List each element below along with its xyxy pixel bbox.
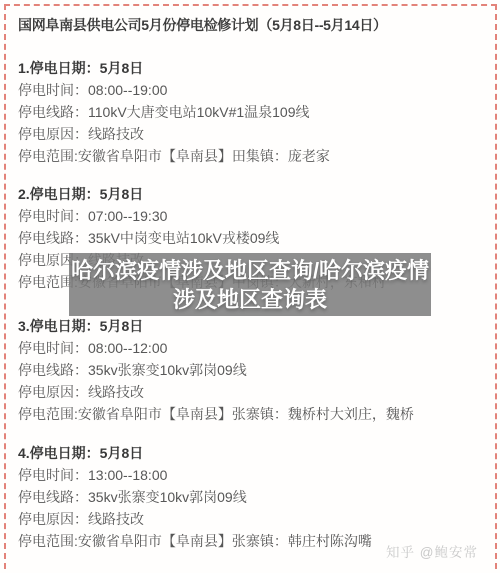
outage-time-row: 停电时间：08:00--19:00: [18, 79, 473, 101]
outage-time-row: 停电时间：08:00--12:00: [18, 337, 473, 359]
outage-line-row: 停电线路：35kv张寨变10kv郭岗09线: [18, 359, 473, 381]
outage-time-row: 停电时间：13:00--18:00: [18, 464, 473, 486]
outage-line-row: 停电线路：35kv张寨变10kv郭岗09线: [18, 486, 473, 508]
outage-date-header: 2.停电日期：5月8日: [18, 183, 473, 205]
epidemic-query-overlay-banner: 哈尔滨疫情涉及地区查询/哈尔滨疫情涉及地区查询表: [69, 253, 431, 316]
zhihu-watermark: 知乎 @鲍安常: [386, 541, 478, 561]
outage-reason-row: 停电原因：线路技改: [18, 381, 473, 403]
page-title: 国网阜南县供电公司5月份停电检修计划（5月8日--5月14日）: [18, 15, 473, 35]
outage-date-header: 3.停电日期：5月8日: [18, 315, 473, 337]
outage-range-row: 停电范围:安徽省阜阳市【阜南县】田集镇：庞老家: [18, 145, 473, 167]
outage-range-row: 停电范围:安徽省阜阳市【阜南县】张寨镇：魏桥村大刘庄，魏桥: [18, 403, 473, 425]
outage-line-row: 停电线路：35kV中岗变电站10kV戎楼09线: [18, 227, 473, 249]
outage-time-row: 停电时间：07:00--19:30: [18, 205, 473, 227]
outage-notice-page: 国网阜南县供电公司5月份停电检修计划（5月8日--5月14日） 1.停电日期：5…: [0, 0, 500, 573]
overlay-banner-text: 哈尔滨疫情涉及地区查询/哈尔滨疫情涉及地区查询表: [69, 256, 431, 314]
outage-date-header: 1.停电日期：5月8日: [18, 57, 473, 79]
outage-section-4: 4.停电日期：5月8日 停电时间：13:00--18:00 停电线路：35kv张…: [18, 442, 473, 552]
outage-section-3: 3.停电日期：5月8日 停电时间：08:00--12:00 停电线路：35kv张…: [18, 315, 473, 425]
outage-reason-row: 停电原因：线路技改: [18, 123, 473, 145]
outage-date-header: 4.停电日期：5月8日: [18, 442, 473, 464]
outage-section-1: 1.停电日期：5月8日 停电时间：08:00--19:00 停电线路：110kV…: [18, 57, 473, 167]
outage-reason-row: 停电原因：线路技改: [18, 508, 473, 530]
outage-line-row: 停电线路：110kV大唐变电站10kV#1温泉109线: [18, 101, 473, 123]
